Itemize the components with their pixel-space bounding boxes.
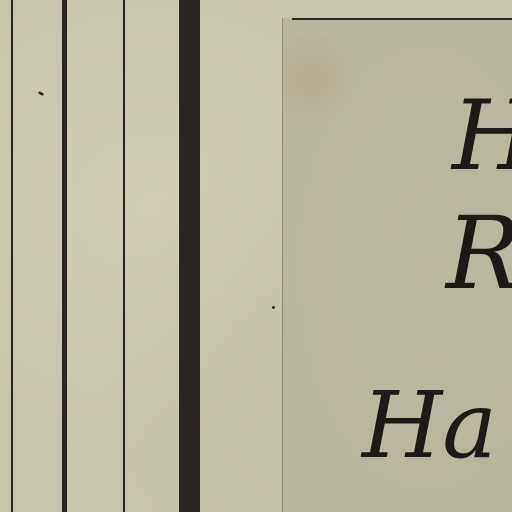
script-line-3: Ha [362,372,497,479]
script-line-2: R [446,195,512,312]
panel-top-rule [292,18,512,20]
thick-border-rule [179,0,200,512]
medium-border-rule [62,0,67,512]
thin-border-rule-2 [123,0,125,512]
thin-border-rule-1 [11,0,13,512]
ink-speck [272,306,275,309]
script-line-1: H [452,80,512,192]
